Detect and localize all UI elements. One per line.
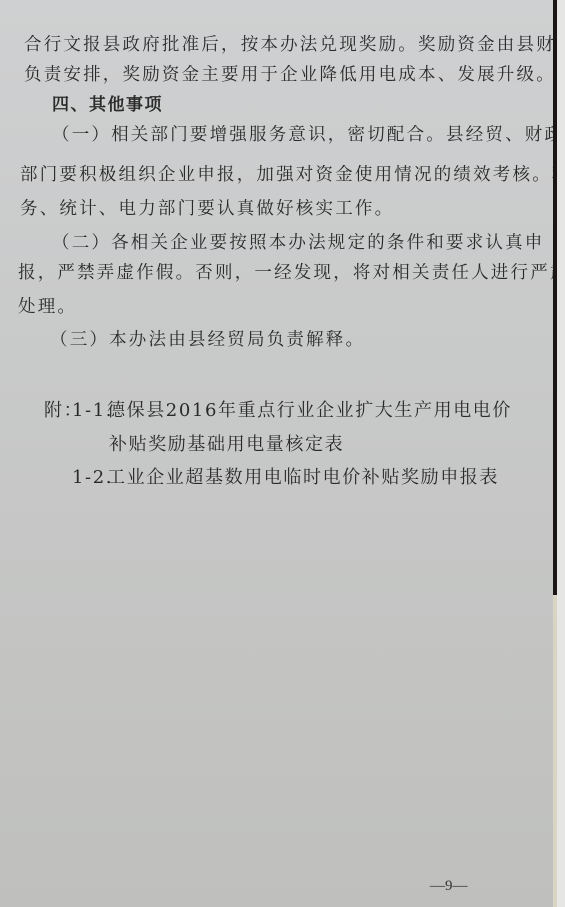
- attachment-title: 补贴奖励基础用电量核定表: [109, 434, 344, 456]
- text-line: 部门要积极组织企业申报，加强对资金使用情况的绩效考核。税: [20, 164, 565, 186]
- text-line: 务、统计、电力部门要认真做好核实工作。: [20, 198, 394, 220]
- text-line: （一）相关部门要增强服务意识，密切配合。县经贸、财政: [52, 124, 564, 146]
- page-number: —9—: [430, 878, 468, 895]
- section-heading: 四、其他事项: [52, 94, 163, 116]
- text-line: 报，严禁弄虚作假。否则，一经发现，将对相关责任人进行严肃: [18, 262, 565, 284]
- attachment-title: 工业企业超基数用电临时电价补贴奖励申报表: [107, 467, 499, 489]
- text-line: 负责安排，奖励资金主要用于企业降低用电成本、发展升级。: [24, 64, 556, 86]
- background-surface: [557, 0, 565, 907]
- text-line: 处理。: [18, 296, 77, 318]
- text-line: （二）各相关企业要按照本办法规定的条件和要求认真申: [52, 232, 545, 254]
- document-page: 合行文报县政府批准后，按本办法兑现奖励。奖励资金由县财政 负责安排，奖励资金主要…: [0, 0, 553, 907]
- attachment-title: 德保县2016年重点行业企业扩大生产用电电价: [107, 400, 512, 422]
- text-line: （三）本办法由县经贸局负责解释。: [50, 329, 365, 351]
- text-line: 合行文报县政府批准后，按本办法兑现奖励。奖励资金由县财政: [24, 34, 565, 56]
